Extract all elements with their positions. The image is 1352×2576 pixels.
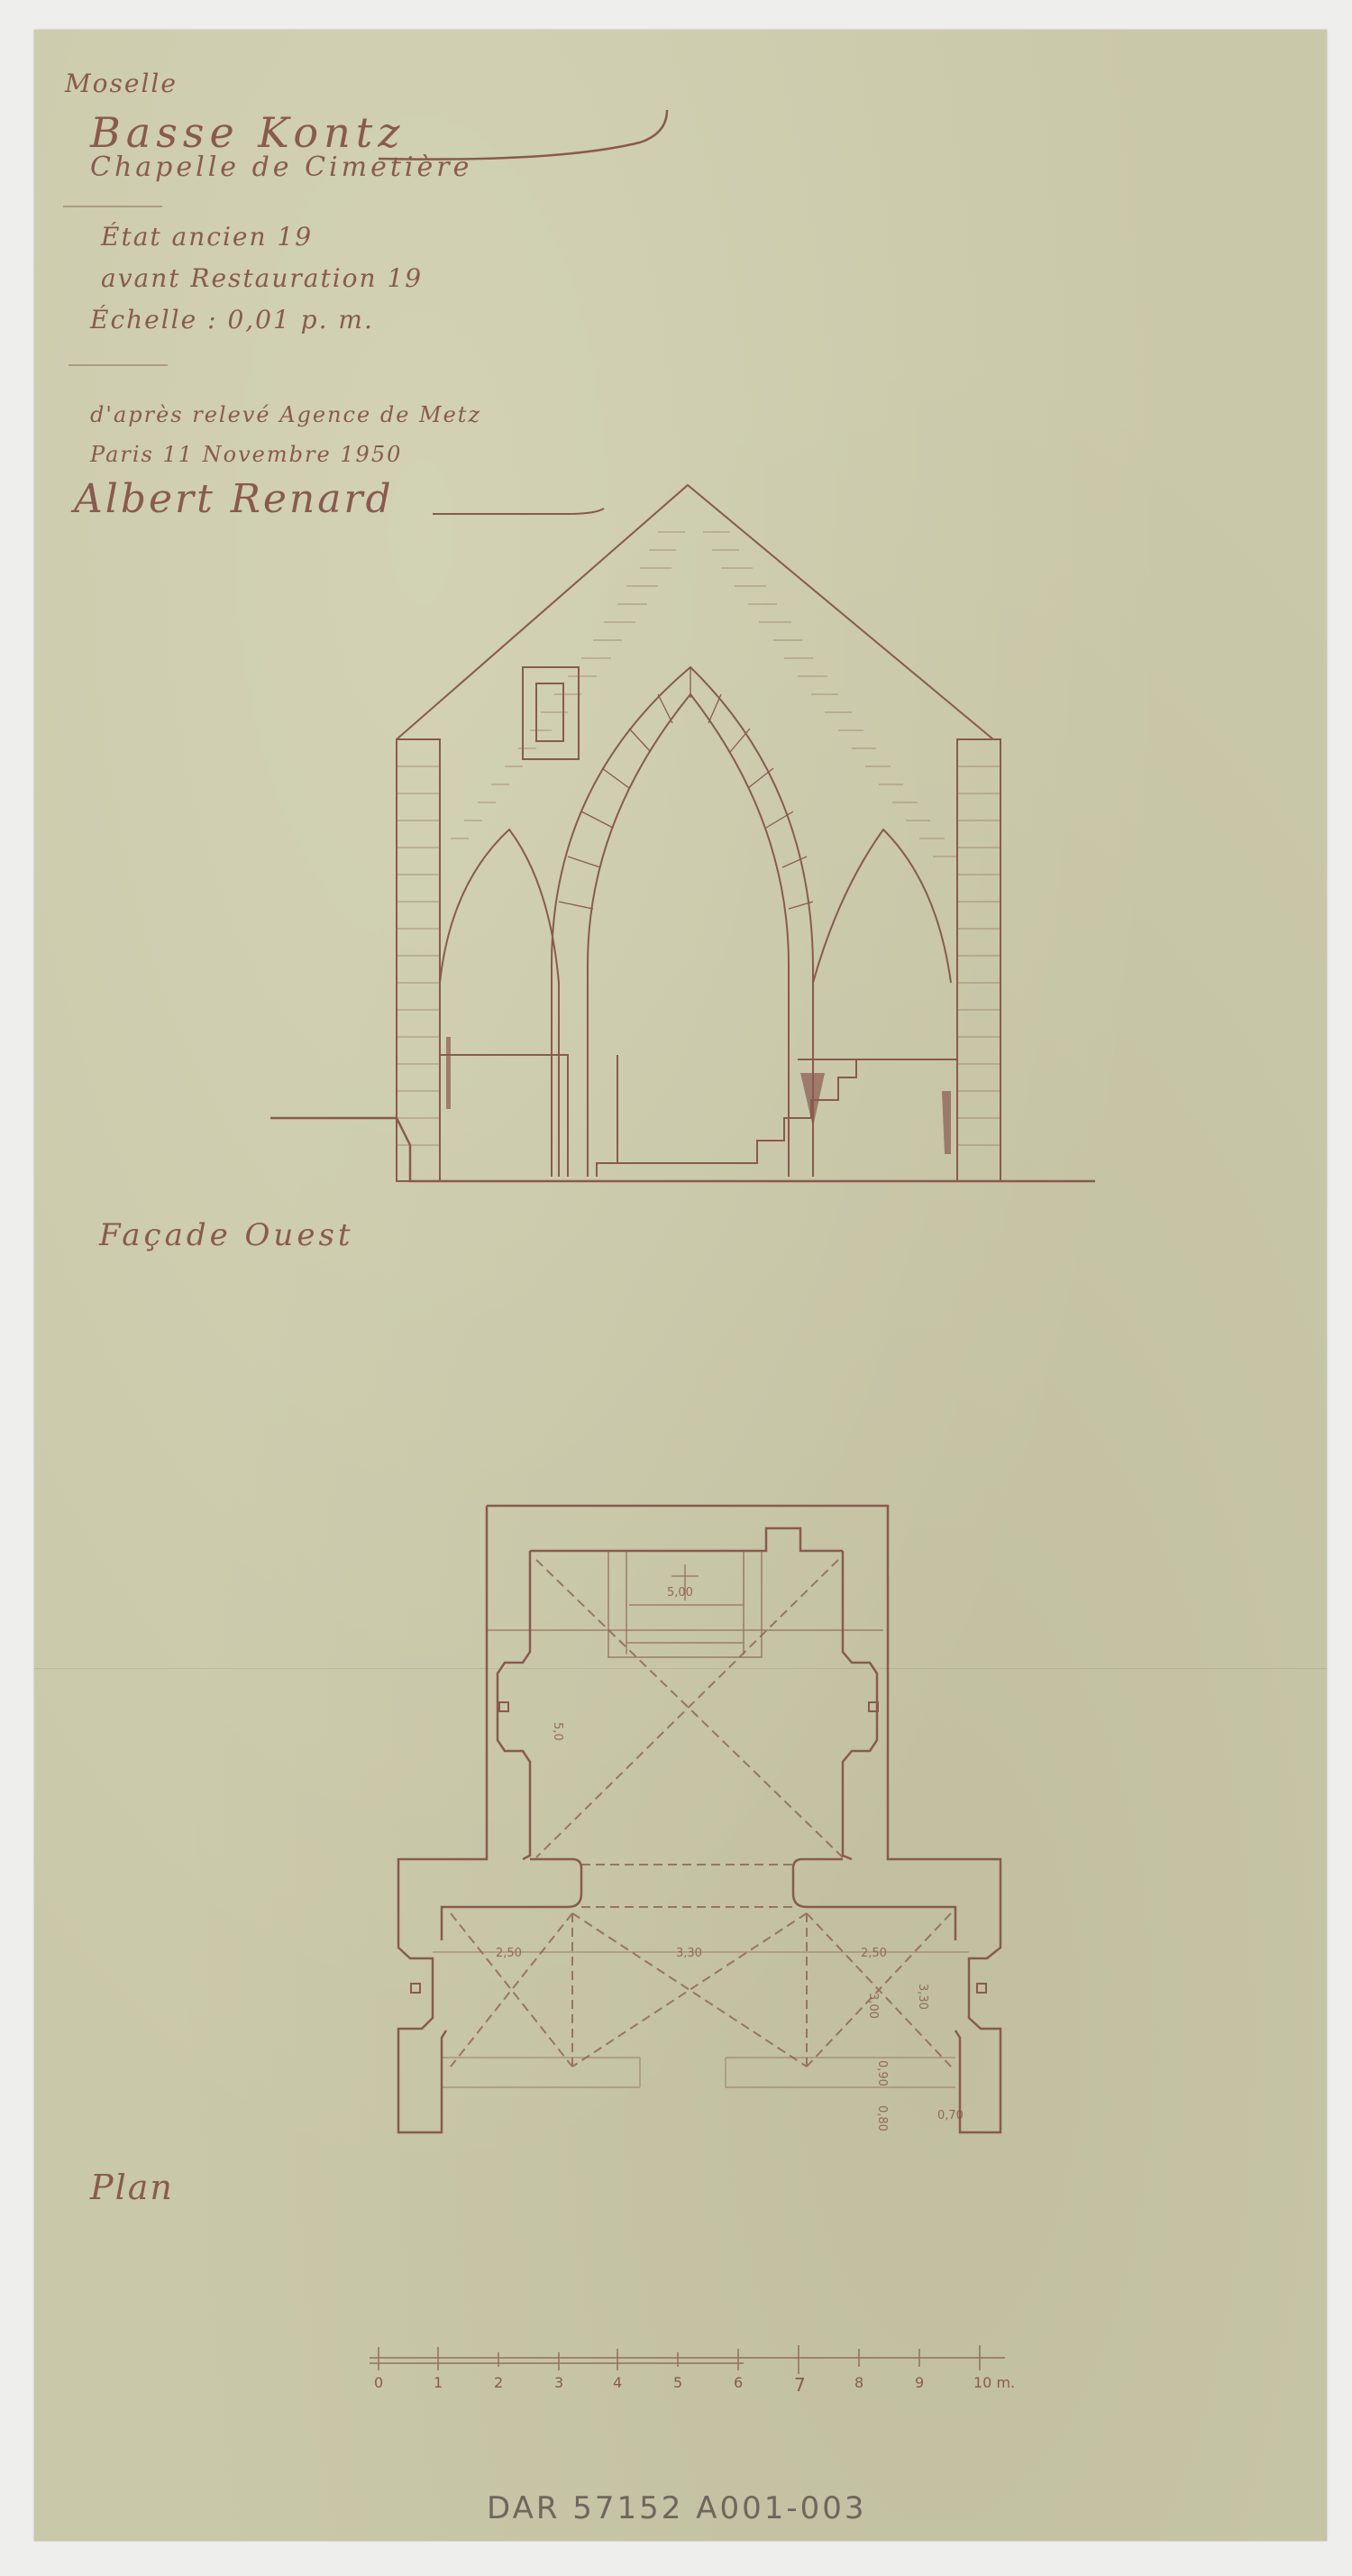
dim-nave-left: 2,50 — [496, 1947, 522, 1960]
dim-nave-center: 3,30 — [676, 1947, 702, 1960]
dim-side-depth-2: 3,30 — [916, 1984, 929, 2010]
scale-tick-3: 3 — [554, 2374, 563, 2391]
scale-tick-5: 5 — [673, 2374, 682, 2391]
scale-tick-6: 6 — [734, 2374, 743, 2391]
state-ancient-label: État ancien 19 — [101, 222, 313, 252]
dim-wall-thickness: 0,80 — [875, 2105, 889, 2131]
dim-corner: 0,70 — [937, 2109, 964, 2122]
west-facade-elevation — [261, 478, 1109, 1190]
scale-tick-8: 8 — [854, 2374, 863, 2391]
scale-tick-0: 0 — [374, 2374, 383, 2391]
dim-pier: 0,90 — [875, 2060, 889, 2086]
archive-reference: DAR 57152 A001-003 — [487, 2490, 867, 2526]
town-title: Basse Kontz — [90, 108, 405, 157]
source-note: d'après relevé Agence de Metz — [90, 402, 481, 427]
dim-side-depth-1: 3,00 — [866, 1993, 880, 2019]
scale-tick-4: 4 — [613, 2374, 622, 2391]
divider — [69, 364, 168, 366]
department-label: Moselle — [65, 69, 178, 98]
state-before-restoration-label: avant Restauration 19 — [101, 263, 423, 293]
building-subtitle: Chapelle de Cimetière — [90, 151, 472, 183]
facade-caption: Façade Ouest — [99, 1217, 354, 1253]
dim-choir-width: 5,00 — [667, 1586, 693, 1600]
scale-tick-9: 9 — [915, 2374, 924, 2391]
scale-note: Échelle : 0,01 p. m. — [90, 305, 374, 335]
date-note: Paris 11 Novembre 1950 — [90, 442, 402, 467]
scale-tick-10: 10 m. — [973, 2374, 1015, 2391]
dim-nave-right: 2,50 — [861, 1947, 887, 1960]
plan-caption: Plan — [90, 2168, 174, 2207]
divider — [63, 206, 162, 207]
floor-plan: 5,00 5,0 2,50 3,30 2,50 3,00 3,30 0,90 0… — [379, 1497, 1028, 2146]
scale-tick-1: 1 — [434, 2374, 443, 2391]
scale-tick-2: 2 — [494, 2374, 503, 2391]
scale-tick-7: 7 — [794, 2374, 806, 2396]
scale-bar — [365, 2340, 1014, 2376]
dim-choir-depth: 5,0 — [551, 1722, 564, 1741]
